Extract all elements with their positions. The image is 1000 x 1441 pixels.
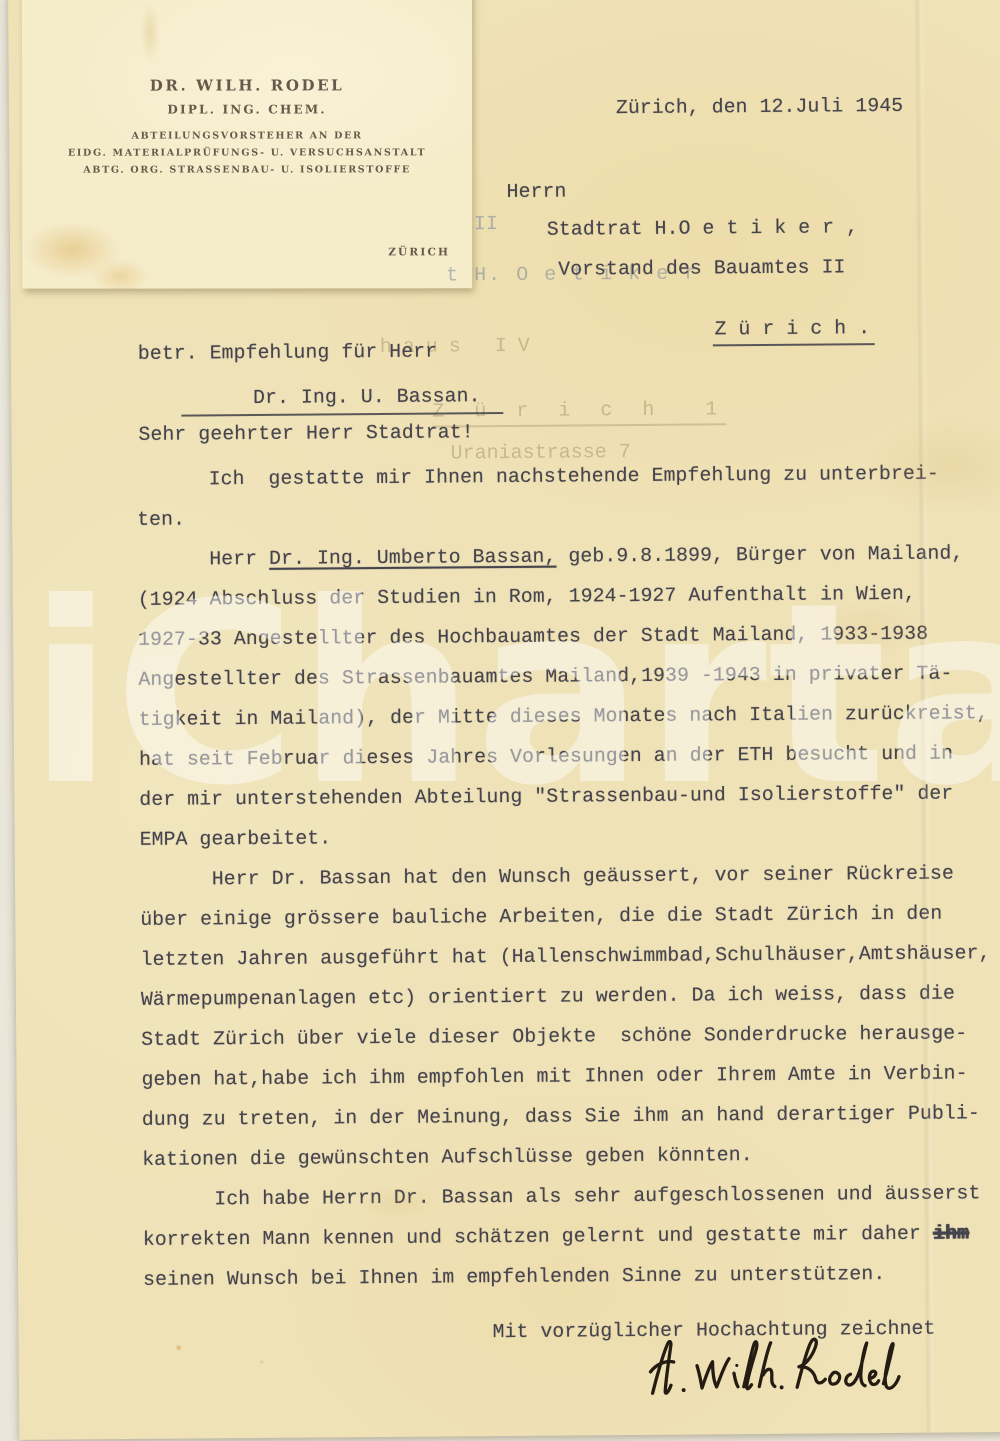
body-line: der mir unterstehenden Abteilung "Strass…	[139, 773, 1000, 820]
body-text: geb.9.8.1899, Bürger von Mailand,	[556, 542, 963, 567]
body-text: Ich habe Herrn Dr. Bassan als sehr aufge…	[142, 1182, 980, 1211]
letter-paper: DR. WILH. RODEL DIPL. ING. CHEM. ABTEILU…	[8, 0, 1000, 1440]
body-line: seinen Wunsch bei Ihnen im empfehlenden …	[143, 1253, 1000, 1300]
body-line: letzten Jahren ausgeführt hat (Hallensch…	[140, 933, 1000, 980]
body-text: EMPA gearbeitet.	[140, 827, 332, 851]
card-department-line: ABTG. ORG. STRASSENBAU- U. ISOLIERSTOFFE	[22, 164, 472, 175]
body-line: geben hat,habe ich ihm empfohlen mit Ihn…	[141, 1053, 1000, 1100]
recipient-city-text: Z ü r i c h .	[712, 317, 874, 346]
body-line: kationen die gewünschten Aufschlüsse geb…	[142, 1133, 1000, 1180]
body-text: dung zu treten, in der Meinung, dass Sie…	[142, 1102, 980, 1131]
card-name: DR. WILH. RODEL	[22, 76, 472, 94]
struck-text: ihm	[933, 1222, 969, 1244]
body-line: (1924 Abschluss der Studien in Rom, 1924…	[138, 573, 1000, 620]
recipient-line: Herrn	[507, 181, 567, 205]
body-line: Wärmepumpenanlagen etc) orientiert zu we…	[141, 973, 1000, 1020]
body-text: ten.	[137, 509, 185, 531]
salutation: Sehr geehrter Herr Stadtrat!	[138, 421, 473, 447]
body-text: geben hat,habe ich ihm empfohlen mit Ihn…	[141, 1062, 967, 1090]
body-text: Angestellter des Strassenbauamtes Mailan…	[138, 663, 952, 691]
dateline: Zürich, den 12.Juli 1945	[616, 95, 903, 121]
scanned-letter: { "colors": { "scanbg": "#eae6da", "pape…	[0, 0, 1000, 1441]
body-text: Stadt Zürich über viele dieser Objekte s…	[141, 1022, 967, 1050]
body-line: Herr Dr. Bassan hat den Wunsch geäussert…	[140, 853, 1000, 900]
body-line: über einige grössere bauliche Arbeiten, …	[140, 893, 1000, 940]
recipient-line: Vorstand des Bauamtes II	[558, 256, 845, 282]
body-line: Ich gestatte mir Ihnen nachstehende Empf…	[137, 453, 1000, 500]
body-text: letzten Jahren ausgeführt hat (Hallensch…	[141, 942, 991, 971]
body-text: über einige grössere bauliche Arbeiten, …	[140, 903, 942, 931]
body-line: 1927-33 Angestellter des Hochbauamtes de…	[138, 613, 1000, 660]
body-text: korrekten Mann kennen und schätzen geler…	[143, 1223, 933, 1251]
card-profession: DIPL. ING. CHEM.	[22, 102, 472, 116]
ghost-text: II	[474, 213, 498, 236]
body-line: Herr Dr. Ing. Umberto Bassan, geb.9.8.18…	[137, 533, 1000, 580]
card-institute-line: EIDG. MATERIALPRÜFUNGS- U. VERSUCHSANSTA…	[22, 147, 472, 158]
body-text: 1927-33 Angestellter des Hochbauamtes de…	[138, 623, 928, 651]
body-text: Herr Dr. Bassan hat den Wunsch geäussert…	[140, 863, 954, 891]
card-city: ZÜRICH	[388, 246, 450, 258]
letter-body: Ich gestatte mir Ihnen nachstehende Empf…	[137, 453, 1000, 1300]
body-line: EMPA gearbeitet.	[140, 813, 1000, 860]
card-role-line: ABTEILUNGSVORSTEHER AN DER	[22, 130, 472, 141]
body-line: dung zu treten, in der Meinung, dass Sie…	[142, 1093, 1000, 1140]
handwritten-signature	[639, 1333, 902, 1413]
body-line: Stadt Zürich über viele dieser Objekte s…	[141, 1013, 1000, 1060]
body-text: seinen Wunsch bei Ihnen im empfehlenden …	[143, 1263, 885, 1291]
body-line: Ich habe Herrn Dr. Bassan als sehr aufge…	[142, 1173, 1000, 1220]
body-line: ten.	[137, 493, 1000, 540]
body-text: der mir unterstehenden Abteilung "Strass…	[139, 783, 953, 811]
body-text: Ich gestatte mir Ihnen nachstehende Empf…	[137, 463, 939, 491]
body-text: Wärmepumpenanlagen etc) orientiert zu we…	[141, 983, 955, 1011]
underlined-text: Dr. Ing. Umberto Bassan,	[269, 546, 556, 570]
business-card: DR. WILH. RODEL DIPL. ING. CHEM. ABTEILU…	[22, 0, 472, 289]
body-line: hat seit Februar dieses Jahres Vorlesung…	[139, 733, 1000, 780]
body-text: Herr	[137, 548, 269, 571]
body-text: kationen die gewünschten Aufschlüsse geb…	[142, 1144, 753, 1171]
signature-icon	[639, 1333, 902, 1408]
recipient-city: Z ü r i c h .	[664, 293, 874, 370]
body-text: hat seit Februar dieses Jahres Vorlesung…	[139, 743, 953, 771]
subject-line-2-text: Dr. Ing. U. Bassan.	[181, 385, 503, 416]
body-line: Angestellter des Strassenbauamtes Mailan…	[138, 653, 1000, 700]
body-line: tigkeit in Mailand), der Mitte dieses Mo…	[139, 693, 1000, 740]
body-text: tigkeit in Mailand), der Mitte dieses Mo…	[139, 702, 989, 731]
recipient-line: Stadtrat H.O e t i k e r ,	[547, 216, 858, 242]
body-line: korrekten Mann kennen und schätzen geler…	[143, 1213, 1000, 1260]
body-text: (1924 Abschluss der Studien in Rom, 1924…	[138, 583, 916, 611]
